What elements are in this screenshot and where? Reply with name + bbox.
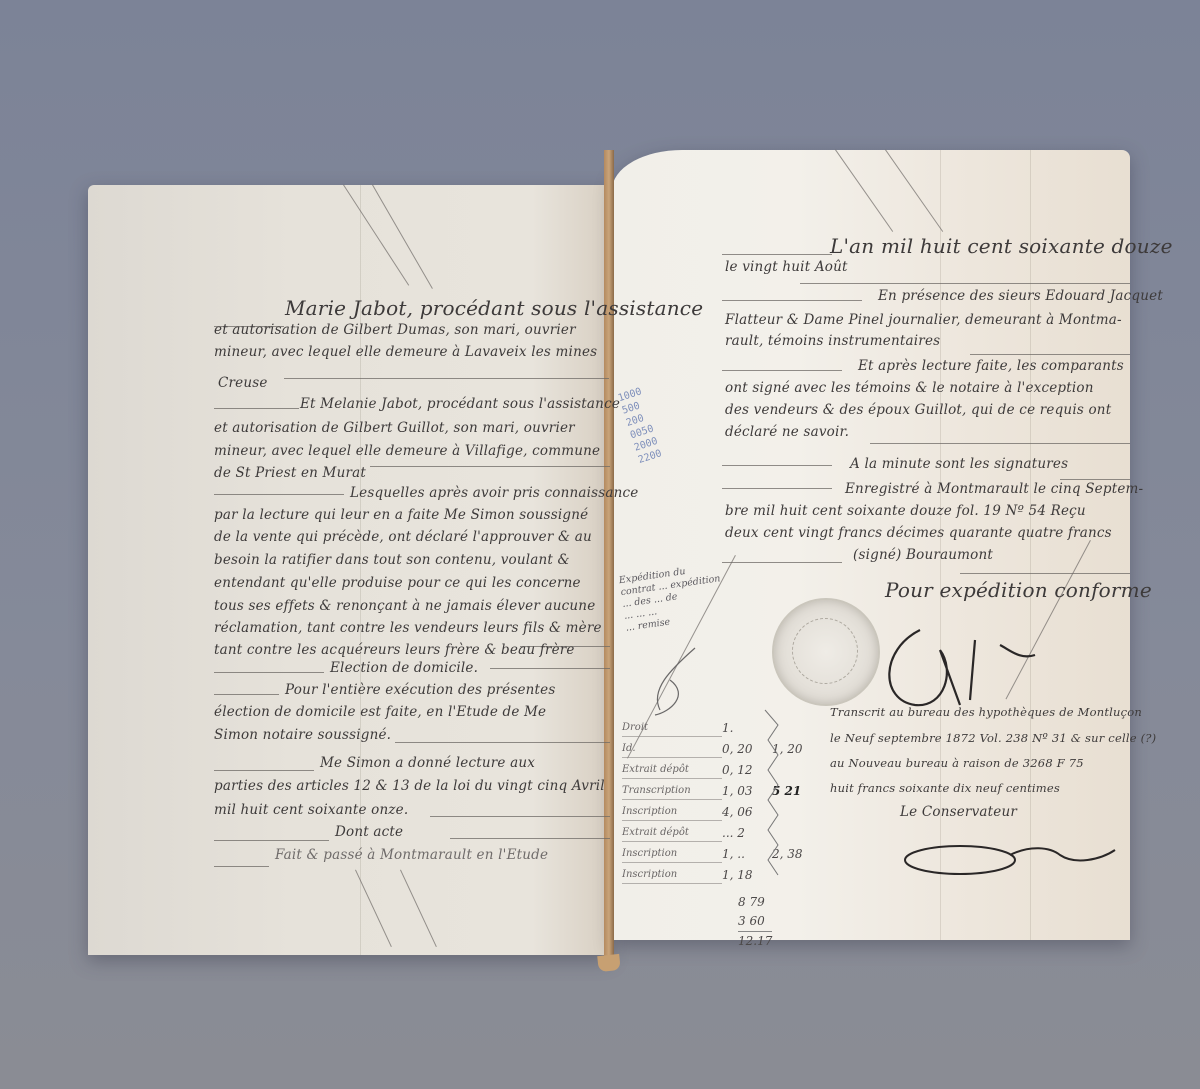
deed-line: mineur, avec lequel elle demeure à Villa… (214, 443, 600, 459)
ledger-row: Id.0, 201, 20 (622, 741, 822, 762)
ledger-label: Transcription (622, 785, 691, 796)
margin-rule (970, 354, 1130, 355)
deed-line: de St Priest en Murat (214, 465, 366, 481)
deed-line: tant contre les acquéreurs leurs frère &… (214, 642, 575, 658)
ledger-row: Inscription4, 06 (622, 804, 822, 825)
deed-line: rault, témoins instrumentaires (725, 333, 940, 349)
ledger-amount: 1, 18 (722, 868, 753, 882)
margin-rule (722, 300, 862, 301)
margin-rule (722, 562, 842, 563)
margin-flourish-icon (640, 640, 720, 720)
conservateur-signature-icon (900, 835, 1120, 885)
certification-heading: Pour expédition conforme (885, 578, 1152, 602)
deed-line: Me Simon a donné lecture aux (320, 755, 535, 771)
deed-line: ont signé avec les témoins & le notaire … (725, 380, 1094, 396)
notary-signature-icon (860, 610, 1060, 720)
deed-line: entendant qu'elle produise pour ce qui l… (214, 575, 581, 591)
margin-rule (960, 573, 1130, 574)
transcription-line: huit francs soixante dix neuf centimes (830, 781, 1060, 795)
ledger-row: Extrait dépôt0, 12 (622, 762, 822, 783)
margin-rule (395, 742, 610, 743)
margin-rule (722, 370, 842, 371)
deed-line: Et Melanie Jabot, procédant sous l'assis… (300, 396, 620, 412)
ledger-amount: 0, 20 (722, 742, 753, 756)
seal-crest-icon (792, 618, 858, 684)
margin-rule (214, 866, 269, 867)
deed-line: Fait & passé à Montmarault en l'Etude (275, 847, 548, 863)
margin-rule (430, 816, 610, 817)
fees-ledger: Droit1. Id.0, 201, 20 Extrait dépôt0, 12… (622, 720, 822, 888)
deed-line: Marie Jabot, procédant sous l'assistance (285, 296, 703, 320)
ledger-label: Id. (622, 743, 636, 754)
ledger-label: Inscription (622, 848, 677, 859)
registration-line: Enregistré à Montmarault le cinq Septem- (845, 481, 1143, 497)
deed-line: Pour l'entière exécution des présentes (285, 682, 555, 698)
ledger-row: Transcription1, 035 21 (622, 783, 822, 804)
deed-line: tous ses effets & renonçant à ne jamais … (214, 598, 595, 614)
ledger-amount: 1, 03 (722, 784, 753, 798)
margin-rule (214, 494, 344, 495)
deed-line: de la vente qui précède, ont déclaré l'a… (214, 529, 592, 545)
margin-rule (214, 770, 314, 771)
ledger-amount: 1. (722, 721, 733, 735)
margin-rule (800, 283, 1130, 284)
conservateur-title: Le Conservateur (900, 804, 1017, 820)
ledger-row: Inscription1, ..2, 38 (622, 846, 822, 867)
deed-line: Lesquelles après avoir pris connaissance (350, 485, 639, 501)
registration-line: (signé) Bouraumont (853, 547, 993, 563)
deed-line: besoin la ratifier dans tout son contenu… (214, 552, 570, 568)
transcription-line: au Nouveau bureau à raison de 3268 F 75 (830, 756, 1084, 770)
transcription-line: le Neuf septembre 1872 Vol. 238 Nº 31 & … (830, 731, 1156, 745)
margin-rule (214, 840, 329, 841)
ledger-row: Droit1. (622, 720, 822, 741)
ledger-total: 8 79 (738, 893, 772, 912)
deed-line: Simon notaire soussigné. (214, 727, 391, 743)
ledger-label: Extrait dépôt (622, 764, 689, 775)
ledger-total: 3 60 (738, 912, 772, 931)
ledger-totals: 8 79 3 60 12.17 (738, 893, 772, 951)
ledger-row: Inscription1, 18 (622, 867, 822, 888)
section-heading: Election de domicile. (330, 660, 478, 676)
margin-rule (370, 466, 610, 467)
margin-rule (450, 838, 610, 839)
deed-line: le vingt huit Août (725, 259, 848, 275)
ledger-label: Droit (622, 722, 648, 733)
section-heading: Dont acte (335, 824, 403, 840)
margin-rule (214, 694, 279, 695)
margin-rule (722, 254, 832, 255)
book-spine (604, 150, 614, 970)
margin-rule (214, 408, 299, 409)
ledger-amount: 0, 12 (722, 763, 753, 777)
margin-rule (490, 668, 610, 669)
deed-line: Et après lecture faite, les comparants (858, 358, 1124, 374)
margin-rule (870, 443, 1130, 444)
ledger-label: Inscription (622, 806, 677, 817)
ledger-amount: 1, .. (722, 847, 745, 861)
ledger-grand-total: 12.17 (738, 931, 772, 951)
margin-rule (722, 488, 832, 489)
deed-line: élection de domicile est faite, en l'Etu… (214, 704, 546, 720)
ledger-label: Inscription (622, 869, 677, 880)
ledger-amount: 4, 06 (722, 805, 753, 819)
registration-line: bre mil huit cent soixante douze fol. 19… (725, 503, 1086, 519)
margin-rule (1060, 479, 1130, 480)
deed-line: mineur, avec lequel elle demeure à Lavav… (214, 344, 597, 360)
date-heading: L'an mil huit cent soixante douze (830, 234, 1173, 258)
margin-rule (214, 672, 324, 673)
deed-line: En présence des sieurs Edouard Jacquet (878, 288, 1163, 304)
paper-fold (1030, 150, 1031, 940)
deed-line: déclaré ne savoir. (725, 424, 849, 440)
deed-line: et autorisation de Gilbert Dumas, son ma… (214, 322, 576, 338)
registration-line: deux cent vingt francs décimes quarante … (725, 525, 1112, 541)
paper-fold (940, 150, 941, 940)
margin-rule (722, 465, 832, 466)
deed-line: des vendeurs & des époux Guillot, qui de… (725, 402, 1111, 418)
deed-line: et autorisation de Gilbert Guillot, son … (214, 420, 575, 436)
margin-rule (284, 378, 609, 379)
binding-tab (597, 954, 621, 972)
deed-line: parties des articles 12 & 13 de la loi d… (214, 778, 605, 794)
deed-line: réclamation, tant contre les vendeurs le… (214, 620, 602, 636)
deed-line: par la lecture qui leur en a faite Me Si… (214, 507, 588, 523)
deed-line: Creuse (218, 375, 268, 391)
ledger-brace-icon (760, 700, 790, 900)
deed-line: mil huit cent soixante onze. (214, 802, 408, 818)
ledger-amount: ... 2 (722, 826, 745, 840)
ledger-label: Extrait dépôt (622, 827, 689, 838)
deed-line: Flatteur & Dame Pinel journalier, demeur… (725, 312, 1122, 328)
deed-line: A la minute sont les signatures (850, 456, 1068, 472)
ledger-row: Extrait dépôt... 2 (622, 825, 822, 846)
